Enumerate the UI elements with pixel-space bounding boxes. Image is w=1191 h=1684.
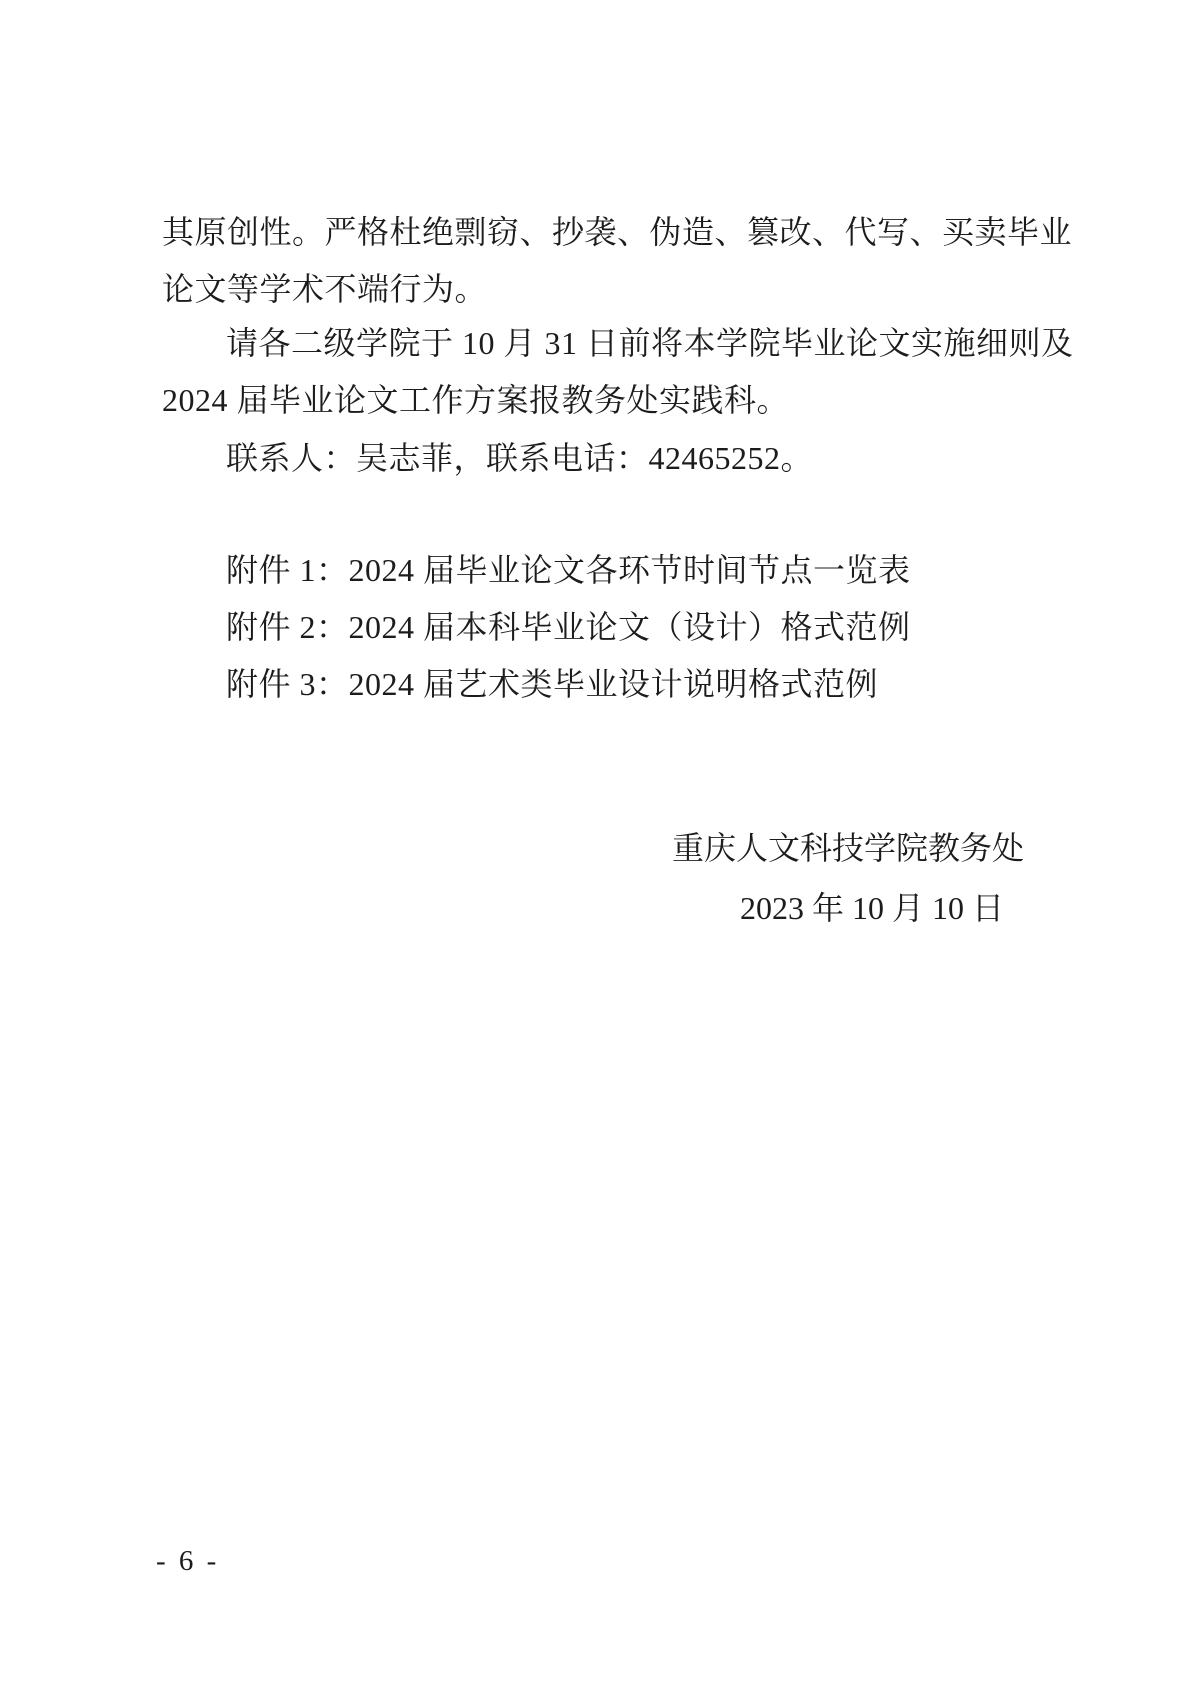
document-page: 其原创性。严格杜绝剽窃、抄袭、伪造、篡改、代写、买卖毕业 论文等学术不端行为。 … xyxy=(0,0,1191,1684)
attachment-item-3: 附件 3：2024 届艺术类毕业设计说明格式范例 xyxy=(162,663,1062,705)
attachment-item-1: 附件 1：2024 届毕业论文各环节时间节点一览表 xyxy=(162,549,1062,591)
signature-organization: 重庆人文科技学院教务处 xyxy=(672,827,1024,869)
paragraph-1-line-2: 论文等学术不端行为。 xyxy=(162,268,1062,310)
paragraph-2-line-2: 2024 届毕业论文工作方案报教务处实践科。 xyxy=(162,379,1062,421)
attachment-item-2: 附件 2：2024 届本科毕业论文（设计）格式范例 xyxy=(162,606,1062,648)
paragraph-2-line-1: 请各二级学院于 10 月 31 日前将本学院毕业论文实施细则及 xyxy=(162,322,1062,364)
contact-line: 联系人：吴志菲，联系电话：42465252。 xyxy=(162,437,1062,479)
page-number: - 6 - xyxy=(156,1543,216,1579)
paragraph-1-line-1: 其原创性。严格杜绝剽窃、抄袭、伪造、篡改、代写、买卖毕业 xyxy=(162,211,1062,253)
signature-date: 2023 年 10 月 10 日 xyxy=(740,887,1004,929)
